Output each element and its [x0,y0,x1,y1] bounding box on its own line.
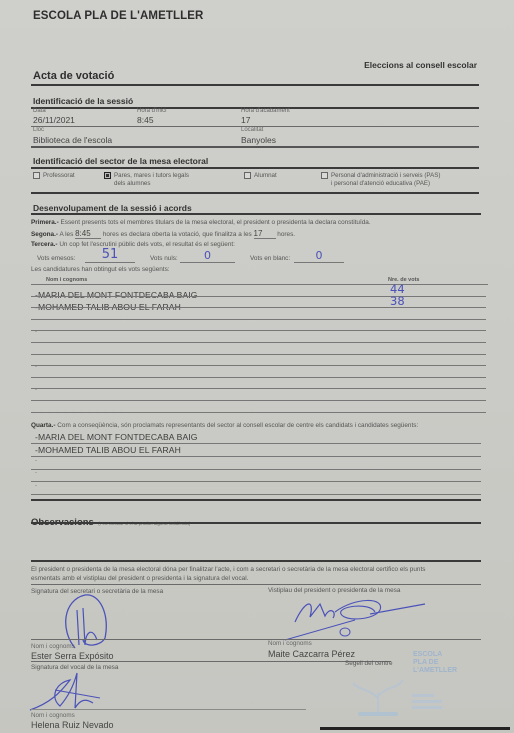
observations-bottom-divider [31,560,481,562]
stamp-tree-icon [343,668,413,718]
start-time-label: Hora d'inici [137,108,167,114]
session-section-title: Identificació de la sessió [33,96,133,106]
candidate-row-divider [31,412,486,413]
place-field[interactable]: Biblioteca de l'escola [33,135,112,145]
checkbox-alumnat[interactable] [244,172,251,179]
votes-cast-row: Vots emesos: [37,255,75,262]
secretary-name-label: Nom i cognoms [31,643,75,650]
start-time-field[interactable]: 8:45 [137,115,154,125]
school-name: ESCOLA PLA DE L'AMETLLER [33,10,203,22]
form-subject: Eleccions al consell escolar [364,60,477,70]
candidate-row[interactable]: - [35,331,485,341]
close-time-field[interactable]: 17 [254,229,276,239]
sector-option-alumnat[interactable]: Alumnat [244,172,277,180]
sector-option-professorat[interactable]: Professorat [33,172,75,180]
stamp-address-block [412,694,444,716]
candidate-row[interactable]: -MOHAMED TALIB ABOU EL FARAH38 [35,297,485,307]
votes-blank-field[interactable]: 0 [294,250,344,263]
observations-field[interactable] [31,525,481,557]
page-bottom-edge [320,727,510,730]
session-bottom-divider [31,146,479,148]
place-label: Lloc [33,127,44,133]
quarta-clause: Quarta.- Com a conseqüència, són proclam… [31,422,418,429]
president-name-label: Nom i cognoms [268,640,312,647]
vocal-sign-line [31,709,306,710]
checkbox-pas-pae[interactable] [321,172,328,179]
development-section-title: Desenvolupament de la sessió i acords [33,203,192,213]
school-stamp: ESCOLA PLA DE L'AMETLLER [413,651,457,675]
proclaimed-candidate[interactable]: - [35,470,37,476]
proclaimed-row-divider [31,494,481,495]
primera-clause: Primera.- Essent presents tots el membre… [31,219,371,226]
proclaimed-candidate[interactable]: - [35,458,37,464]
proclaimed-candidate[interactable]: -MOHAMED TALIB ABOU EL FARAH [35,445,181,455]
open-time-field[interactable]: 8:45 [75,229,101,239]
proclaimed-row-divider [31,469,481,470]
segona-clause: Segona.- A les 8:45 hores es declara obe… [31,229,295,239]
date-field[interactable]: 26/11/2021 [33,115,75,125]
name-row-divider [31,661,391,662]
candidate-row[interactable]: - [35,389,485,399]
candidate-row[interactable]: -MARIA DEL MONT FONTDECABA BAIG44 [35,285,485,295]
checkbox-professorat[interactable] [33,172,40,179]
tercera-clause: Tercera.- Un cop fet l'escrutini públic … [31,241,235,248]
candidate-row[interactable]: - [35,366,485,376]
votes-null-label: Vots nuls: [150,255,178,262]
candidate-row[interactable]: - [35,401,485,411]
president-signature[interactable] [275,592,435,642]
vocal-name-label: Nom i cognoms [31,712,75,719]
observations-divider [31,522,481,524]
proclaimed-row-divider [31,481,481,482]
vocal-signature[interactable] [25,668,115,713]
closing-text-line2: esmentats amb el vistiplau del president… [31,575,248,582]
vocal-name[interactable]: Helena Ruiz Nevado [31,720,114,730]
end-time-field[interactable]: 17 [241,115,250,125]
sector-section-title: Identificació del sector de la mesa elec… [33,156,208,166]
proclaimed-candidate[interactable]: - [35,483,37,489]
sector-bottom-divider [31,192,479,194]
candidates-intro: Les candidatures han obtingut els vots s… [31,266,170,273]
closing-divider [31,584,481,585]
votes-cast-field[interactable]: 51 [85,248,135,263]
column-header-name: Nom i cognoms [46,277,87,283]
sector-option-pas-pae[interactable]: Personal d'administració i serveis (PAS)… [321,172,440,188]
date-label: Data [33,108,46,114]
checkbox-families-checked[interactable] [104,172,111,179]
form-title: Acta de votació [33,70,114,82]
development-divider [31,213,481,215]
candidate-row[interactable]: - [35,320,485,330]
candidate-row[interactable]: - [35,308,485,318]
end-time-label: Hora d'acabament [241,108,290,114]
secretary-name[interactable]: Ester Serra Expósito [31,651,114,661]
proclaimed-candidate[interactable]: -MARIA DEL MONT FONTDECABA BAIG [35,432,198,442]
closing-text-line1: El president o presidenta de la mesa ele… [31,566,425,573]
document-page: ESCOLA PLA DE L'AMETLLER Eleccions al co… [0,0,514,733]
candidate-row[interactable]: - [35,343,485,353]
sector-divider [31,167,479,169]
development-bottom-divider [31,499,481,501]
stamp-label: Segell del centre [345,660,393,667]
votes-null-field[interactable]: 0 [180,250,235,263]
candidate-row[interactable]: - [35,378,485,388]
sector-option-families[interactable]: Pares, mares i tutors legals dels alumne… [104,172,189,188]
president-name[interactable]: Maite Cazcarra Pérez [268,649,355,659]
signature-row-divider [31,639,481,640]
candidate-votes[interactable]: 38 [390,294,405,308]
locality-field[interactable]: Banyoles [241,135,276,145]
proclaimed-row-divider [31,456,481,457]
candidate-row[interactable]: - [35,355,485,365]
locality-label: Localitat [241,127,263,133]
title-divider [31,84,479,86]
votes-blank-label: Vots en blanc: [250,255,290,262]
